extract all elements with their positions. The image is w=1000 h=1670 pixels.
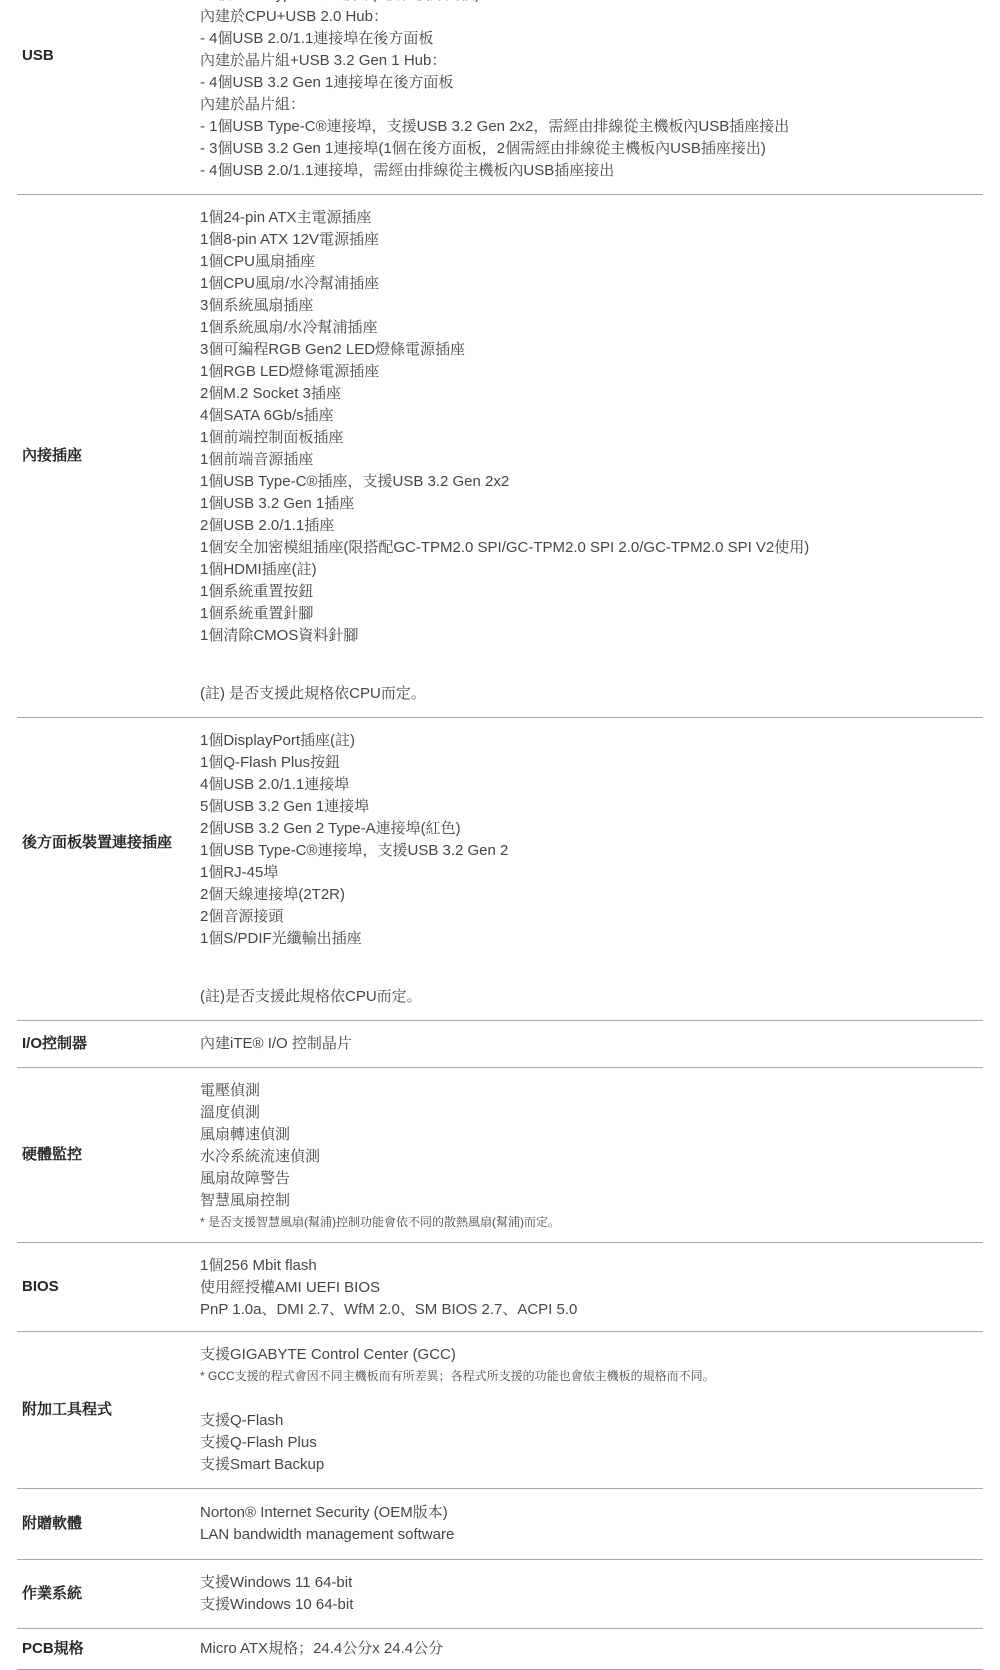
spec-line: 2個M.2 Socket 3插座 xyxy=(200,383,983,405)
spec-label-usb: USB xyxy=(17,46,200,66)
spec-line: 支援Q-Flash Plus xyxy=(200,1432,983,1454)
spec-content-hardware-monitor: 電壓偵測溫度偵測風扇轉速偵測水冷系統流速偵測風扇故障警告智慧風扇控制* 是否支援… xyxy=(200,1068,983,1242)
spec-line: Norton® Internet Security (OEM版本) xyxy=(200,1502,983,1524)
spec-line: 風扇故障警告 xyxy=(200,1168,983,1190)
spec-line xyxy=(200,950,983,986)
spec-line: 1個CPU風扇/水冷幫浦插座 xyxy=(200,273,983,295)
spec-line: 1個前端控制面板插座 xyxy=(200,427,983,449)
spec-line: - 4個USB 2.0/1.1連接埠，需經由排線從主機板內USB插座接出 xyxy=(200,160,983,182)
spec-line: 電壓偵測 xyxy=(200,1080,983,1102)
spec-section-operating-system: 作業系統 支援Windows 11 64-bit支援Windows 10 64-… xyxy=(17,1560,983,1629)
spec-line: 1個系統重置針腳 xyxy=(200,603,983,625)
spec-line: 1個系統重置按鈕 xyxy=(200,581,983,603)
spec-line: 3個可編程RGB Gen2 LED燈條電源插座 xyxy=(200,339,983,361)
spec-line: 2個USB 3.2 Gen 2 Type-A連接埠(紅色) xyxy=(200,818,983,840)
spec-line: - 4個USB 2.0/1.1連接埠在後方面板 xyxy=(200,28,983,50)
spec-section-hardware-monitor: 硬體監控 電壓偵測溫度偵測風扇轉速偵測水冷系統流速偵測風扇故障警告智慧風扇控制*… xyxy=(17,1068,983,1243)
spec-table: USB - 1個USB Type-C®連接埠(1個在後方面板)內建於CPU+US… xyxy=(17,0,983,1670)
spec-line: 支援GIGABYTE Control Center (GCC) xyxy=(200,1344,983,1366)
spec-line: 1個RGB LED燈條電源插座 xyxy=(200,361,983,383)
spec-line: LAN bandwidth management software xyxy=(200,1524,983,1546)
spec-section-bios: BIOS 1個256 Mbit flash使用經授權AMI UEFI BIOSP… xyxy=(17,1243,983,1332)
spec-line: 1個USB Type-C®連接埠，支援USB 3.2 Gen 2 xyxy=(200,840,983,862)
spec-line: 溫度偵測 xyxy=(200,1102,983,1124)
spec-line: * 是否支援智慧風扇(幫浦)控制功能會依不同的散熱風扇(幫浦)而定。 xyxy=(200,1212,983,1232)
spec-line: (註)是否支援此規格依CPU而定。 xyxy=(200,986,983,1008)
spec-label-operating-system: 作業系統 xyxy=(17,1584,200,1604)
spec-content-rear-panel-connectors: 1個DisplayPort插座(註)1個Q-Flash Plus按鈕4個USB … xyxy=(200,718,983,1020)
spec-content-pcb: Micro ATX規格；24.4公分x 24.4公分 xyxy=(200,1629,983,1669)
spec-section-usb: USB - 1個USB Type-C®連接埠(1個在後方面板)內建於CPU+US… xyxy=(17,0,983,195)
spec-section-utilities: 附加工具程式 支援GIGABYTE Control Center (GCC)* … xyxy=(17,1332,983,1489)
spec-line: - 1個USB Type-C®連接埠，支援USB 3.2 Gen 2x2，需經由… xyxy=(200,116,983,138)
spec-line: * GCC支援的程式會因不同主機板而有所差異；各程式所支援的功能也會依主機板的規… xyxy=(200,1366,983,1386)
spec-content-utilities: 支援GIGABYTE Control Center (GCC)* GCC支援的程… xyxy=(200,1332,983,1488)
spec-line: 內建於CPU+USB 2.0 Hub： xyxy=(200,6,983,28)
spec-line: 1個DisplayPort插座(註) xyxy=(200,730,983,752)
spec-line: 5個USB 3.2 Gen 1連接埠 xyxy=(200,796,983,818)
spec-line: 1個HDMI插座(註) xyxy=(200,559,983,581)
spec-line: 水冷系統流速偵測 xyxy=(200,1146,983,1168)
spec-line: (註) 是否支援此規格依CPU而定。 xyxy=(200,683,983,705)
spec-line: 支援Windows 11 64-bit xyxy=(200,1572,983,1594)
spec-line: 1個CPU風扇插座 xyxy=(200,251,983,273)
spec-label-pcb: PCB規格 xyxy=(17,1639,200,1659)
spec-content-io-controller: 內建iTE® I/O 控制晶片 xyxy=(200,1021,983,1067)
spec-line: 1個24-pin ATX主電源插座 xyxy=(200,207,983,229)
spec-line: 內建於晶片組： xyxy=(200,94,983,116)
spec-content-bios: 1個256 Mbit flash使用經授權AMI UEFI BIOSPnP 1.… xyxy=(200,1243,983,1331)
spec-line: 1個Q-Flash Plus按鈕 xyxy=(200,752,983,774)
spec-line: - 3個USB 3.2 Gen 1連接埠(1個在後方面板，2個需經由排線從主機板… xyxy=(200,138,983,160)
spec-line: 1個8-pin ATX 12V電源插座 xyxy=(200,229,983,251)
spec-content-bundled-software: Norton® Internet Security (OEM版本)LAN ban… xyxy=(200,1489,983,1559)
spec-line: 1個USB 3.2 Gen 1插座 xyxy=(200,493,983,515)
spec-line: 使用經授權AMI UEFI BIOS xyxy=(200,1277,983,1299)
spec-line: 1個系統風扇/水冷幫浦插座 xyxy=(200,317,983,339)
spec-line: 2個USB 2.0/1.1插座 xyxy=(200,515,983,537)
spec-line: 3個系統風扇插座 xyxy=(200,295,983,317)
spec-content-usb: - 1個USB Type-C®連接埠(1個在後方面板)內建於CPU+USB 2.… xyxy=(200,0,983,194)
spec-line: - 4個USB 3.2 Gen 1連接埠在後方面板 xyxy=(200,72,983,94)
spec-label-internal-connectors: 內接插座 xyxy=(17,446,200,466)
spec-line: 1個USB Type-C®插座，支援USB 3.2 Gen 2x2 xyxy=(200,471,983,493)
spec-line xyxy=(200,647,983,683)
spec-content-operating-system: 支援Windows 11 64-bit支援Windows 10 64-bit xyxy=(200,1560,983,1628)
spec-content-internal-connectors: 1個24-pin ATX主電源插座1個8-pin ATX 12V電源插座1個CP… xyxy=(200,195,983,717)
spec-label-bios: BIOS xyxy=(17,1277,200,1297)
spec-section-internal-connectors: 內接插座 1個24-pin ATX主電源插座1個8-pin ATX 12V電源插… xyxy=(17,195,983,718)
spec-section-io-controller: I/O控制器 內建iTE® I/O 控制晶片 xyxy=(17,1021,983,1068)
spec-line: 4個SATA 6Gb/s插座 xyxy=(200,405,983,427)
spec-line: 4個USB 2.0/1.1連接埠 xyxy=(200,774,983,796)
spec-line: 1個安全加密模組插座(限搭配GC-TPM2.0 SPI/GC-TPM2.0 SP… xyxy=(200,537,983,559)
spec-label-utilities: 附加工具程式 xyxy=(17,1400,200,1420)
spec-label-hardware-monitor: 硬體監控 xyxy=(17,1145,200,1165)
spec-line: 智慧風扇控制 xyxy=(200,1190,983,1212)
spec-line: 內建iTE® I/O 控制晶片 xyxy=(200,1033,983,1055)
spec-line: 風扇轉速偵測 xyxy=(200,1124,983,1146)
spec-line: 支援Q-Flash xyxy=(200,1410,983,1432)
spec-line: 支援Windows 10 64-bit xyxy=(200,1594,983,1616)
spec-line: 支援Smart Backup xyxy=(200,1454,983,1476)
spec-label-rear-panel-connectors: 後方面板裝置連接插座 xyxy=(17,833,200,853)
spec-section-rear-panel-connectors: 後方面板裝置連接插座 1個DisplayPort插座(註)1個Q-Flash P… xyxy=(17,718,983,1021)
spec-section-pcb: PCB規格 Micro ATX規格；24.4公分x 24.4公分 xyxy=(17,1629,983,1670)
spec-section-bundled-software: 附贈軟體 Norton® Internet Security (OEM版本)LA… xyxy=(17,1489,983,1560)
spec-line: 1個256 Mbit flash xyxy=(200,1255,983,1277)
spec-line: Micro ATX規格；24.4公分x 24.4公分 xyxy=(200,1638,983,1660)
spec-line xyxy=(200,1386,983,1410)
spec-line: 2個天線連接埠(2T2R) xyxy=(200,884,983,906)
spec-line: PnP 1.0a、DMI 2.7、WfM 2.0、SM BIOS 2.7、ACP… xyxy=(200,1299,983,1321)
spec-label-bundled-software: 附贈軟體 xyxy=(17,1514,200,1534)
spec-line: 1個RJ-45埠 xyxy=(200,862,983,884)
spec-line: 1個S/PDIF光纖輸出插座 xyxy=(200,928,983,950)
spec-label-io-controller: I/O控制器 xyxy=(17,1034,200,1054)
spec-line: 1個清除CMOS資料針腳 xyxy=(200,625,983,647)
spec-line: 1個前端音源插座 xyxy=(200,449,983,471)
spec-line: 內建於晶片組+USB 3.2 Gen 1 Hub： xyxy=(200,50,983,72)
spec-line: 2個音源接頭 xyxy=(200,906,983,928)
